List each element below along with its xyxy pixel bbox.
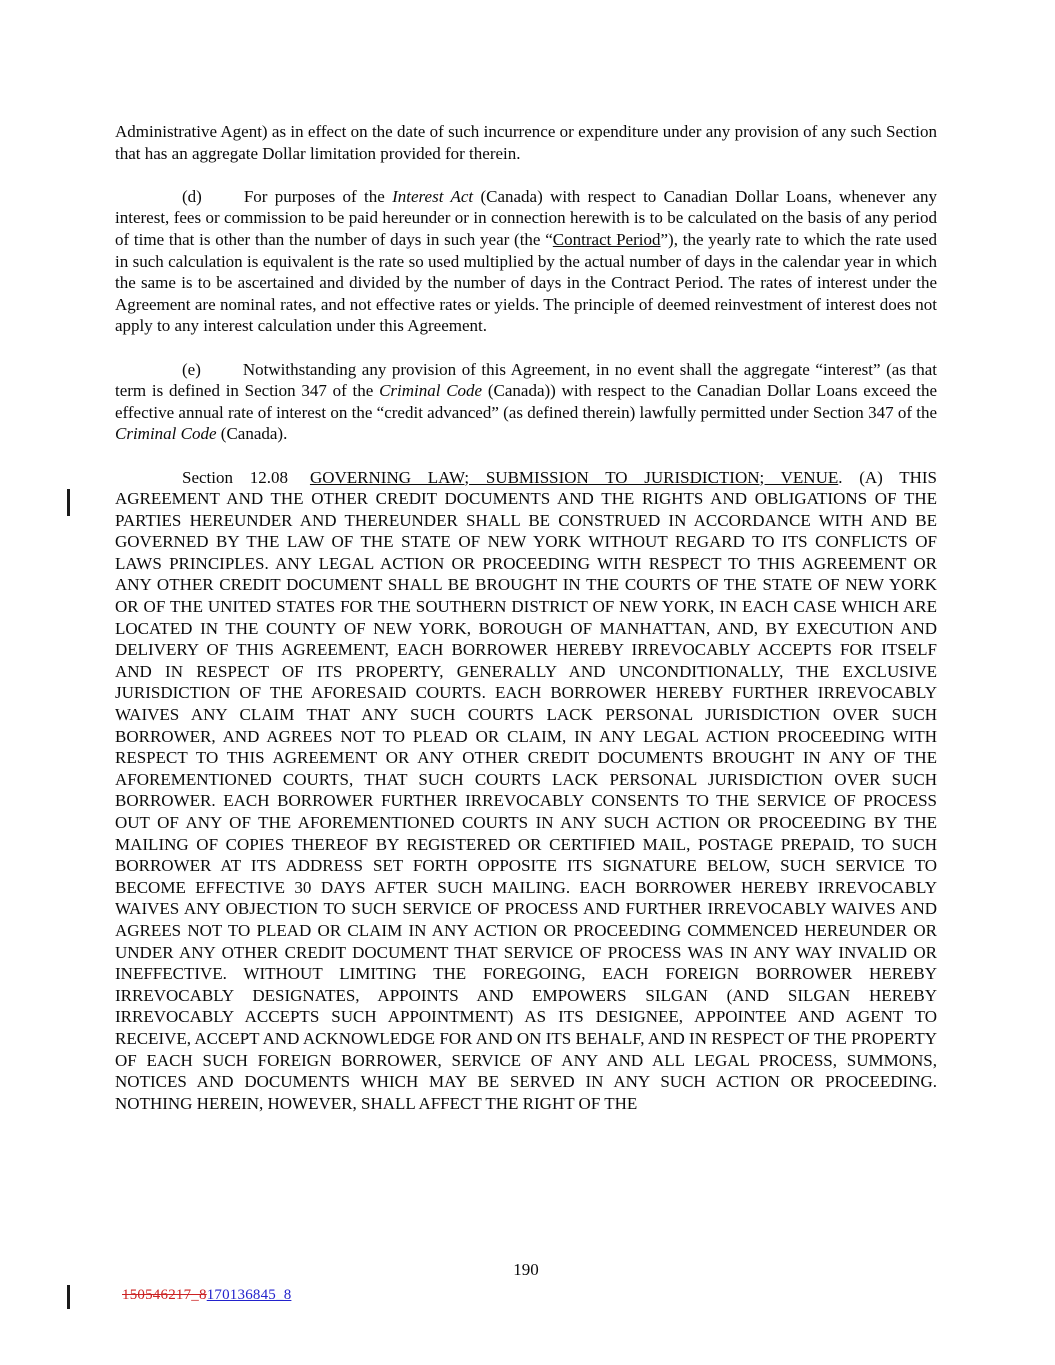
section-12-08-heading: GOVERNING LAW; SUBMISSION TO JURISDICTIO… <box>310 468 838 487</box>
document-id-new: 170136845_8 <box>207 1287 292 1303</box>
paragraph-d-italic-interest-act: Interest Act <box>392 187 473 206</box>
document-page: Administrative Agent) as in effect on th… <box>0 0 1055 1365</box>
paragraph-d-underline-contract-period: Contract Period <box>553 230 661 249</box>
section-12-08-body-text: . (A) THIS AGREEMENT AND THE OTHER CREDI… <box>115 468 937 1113</box>
page-number: 190 <box>115 1259 937 1281</box>
paragraph-section-12-08: Section 12.08GOVERNING LAW; SUBMISSION T… <box>115 467 937 1115</box>
document-id-old: 150546217_8 <box>122 1287 207 1303</box>
paragraph-e-italic-criminal-code-2: Criminal Code <box>115 424 217 443</box>
change-bar-section <box>67 489 70 516</box>
change-bar-footer <box>67 1285 70 1309</box>
paragraph-d-label: (d) <box>182 187 202 206</box>
paragraph-e-label: (e) <box>182 360 201 379</box>
paragraph-d: (d)For purposes of the Interest Act (Can… <box>115 186 937 337</box>
document-id-redline: 150546217_8170136845_8 <box>122 1286 291 1304</box>
paragraph-e-italic-criminal-code-1: Criminal Code <box>379 381 482 400</box>
page-body: Administrative Agent) as in effect on th… <box>115 121 937 1136</box>
paragraph-d-run-1: For purposes of the <box>244 187 392 206</box>
section-12-08-label: Section 12.08 <box>182 468 288 487</box>
paragraph-e-run-5: (Canada). <box>217 424 288 443</box>
paragraph-intro-text: Administrative Agent) as in effect on th… <box>115 122 937 163</box>
paragraph-e: (e)Notwithstanding any provision of this… <box>115 359 937 445</box>
paragraph-intro: Administrative Agent) as in effect on th… <box>115 121 937 164</box>
